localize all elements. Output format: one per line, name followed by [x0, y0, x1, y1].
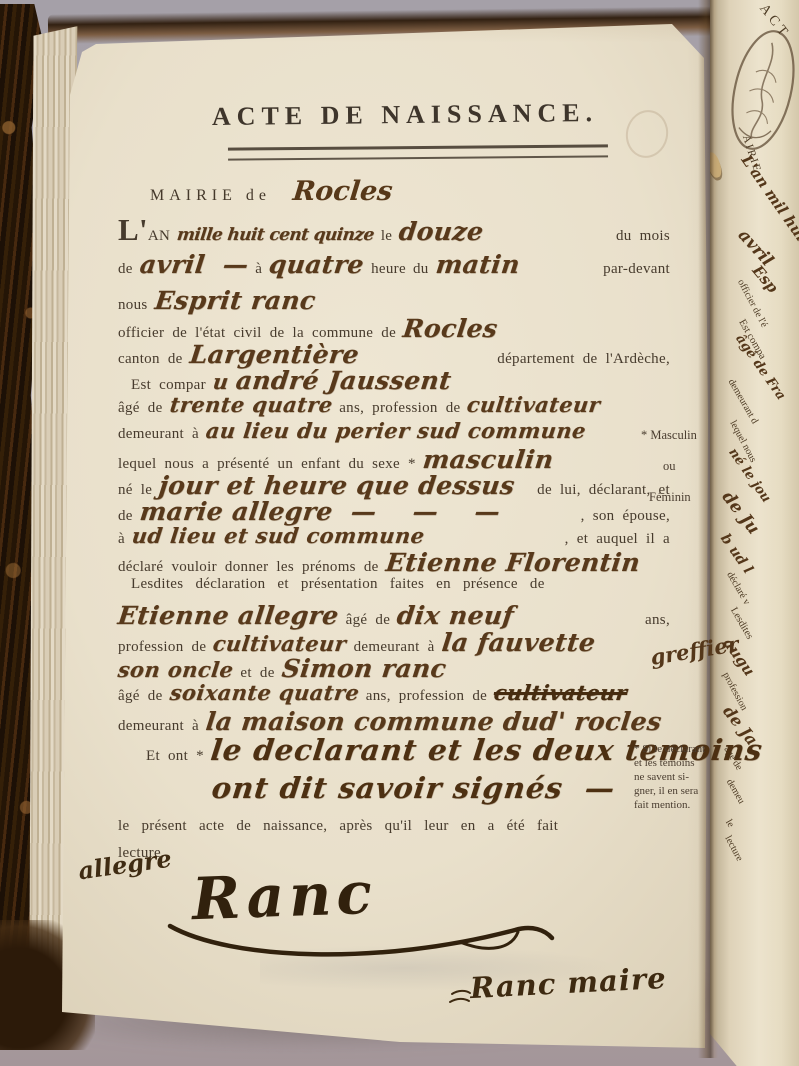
margin-note-sex: * MasculinouFéminin — [641, 428, 733, 521]
handwritten-text: Etienne allegre — [116, 601, 340, 630]
page-text-layer: ACTE DE NAISSANCE. MAIRIE deRocles L'ANm… — [0, 0, 799, 1066]
printed-text: à — [255, 261, 262, 278]
act-line: àud lieu et sud commune, et auquel il a — [118, 523, 670, 548]
act-line: demeurant àla maison commune dud' rocles — [118, 707, 670, 736]
printed-text: du — [413, 261, 429, 278]
printed-text: Et ont * — [146, 748, 204, 765]
act-line: demarie allegre — — —, son épouse, — [118, 497, 670, 526]
handwritten-text: la fauvette — [440, 628, 597, 657]
handwritten-text: mille huit cent quinze — [176, 225, 375, 245]
printed-text: âgé de — [118, 688, 163, 705]
handwritten-text: Simon ranc — [280, 654, 448, 683]
act-line: âgé detrente quatreans, profession decul… — [118, 392, 670, 417]
printed-text: déclaré vouloir donner les prénoms de — [118, 559, 379, 576]
handwritten-text: matin — [434, 250, 521, 279]
act-line: Est comparuandré Jaussent — [131, 366, 683, 395]
printed-text: par-devant — [603, 261, 670, 278]
act-line: déclaré vouloir donner les prénoms deEti… — [118, 548, 670, 577]
handwritten-text: ont dit savoir signés — — [210, 771, 617, 805]
handwritten-text: andré Jaussent — [234, 366, 453, 395]
printed-text: le présent acte de naissance, après qu'i… — [118, 818, 558, 835]
margin-note-line: fait mention. — [634, 798, 722, 812]
act-line: canton deLargentièredépartement de l'Ard… — [118, 340, 670, 369]
handwritten-text: Etienne Florentin — [384, 548, 642, 577]
act-line: lequel nous a présenté un enfant du sexe… — [118, 445, 670, 474]
margin-note-line: gner, il en sera — [634, 784, 722, 798]
printed-text: Lesdites déclaration et présentation fai… — [131, 576, 545, 593]
margin-note-line: et les témoins — [634, 756, 722, 770]
act-line: nousEsprit ranc — [118, 286, 670, 315]
margin-note-line: Féminin — [641, 490, 733, 505]
handwritten-text: la maison commune dud' rocles — [204, 707, 663, 736]
printed-text: nous — [118, 297, 148, 314]
act-line: né lejour et heure que dessusde lui, déc… — [118, 471, 670, 500]
photo-of-register-page: ACTAIRIEL'an mil huitavrilEspofficier de… — [0, 0, 799, 1066]
handwritten-text: marie allegre — — — — [138, 497, 502, 526]
mairie-label: MAIRIE de — [150, 187, 271, 204]
handwritten-text: cultivateur — [493, 680, 629, 705]
handwritten-text: cultivateur — [212, 631, 348, 656]
handwritten-text: Esprit ranc — [153, 286, 317, 315]
act-line: profession decultivateurdemeurant àla fa… — [118, 628, 670, 657]
printed-text: le — [381, 228, 392, 245]
printed-text: , et auquel il a — [565, 531, 670, 548]
handwritten-text: avril — — [138, 250, 250, 279]
margin-note-line: ou — [641, 459, 733, 474]
handwritten-text: jour et heure que dessus — [157, 471, 516, 500]
handwritten-text: Rocles — [401, 314, 499, 343]
act-line: L'ANmille huit cent quinzeledouzedu mois — [118, 212, 670, 248]
printed-text: demeurant à — [118, 426, 199, 443]
mairie-handwritten-value: Rocles — [291, 176, 394, 207]
act-line: Etienne allegreâgé dedix neufans, — [118, 601, 670, 630]
act-line: Lesdites déclaration et présentation fai… — [131, 576, 683, 593]
printed-text: âgé de — [118, 400, 163, 417]
mairie-line: MAIRIE deRocles — [150, 176, 393, 207]
handwritten-text: Largentière — [188, 340, 361, 369]
margin-note-line: * Si le déclarant — [634, 742, 722, 756]
title-double-rule — [228, 144, 608, 160]
handwritten-text: ud lieu et sud commune — [130, 523, 426, 548]
printed-text: ans, profession de — [339, 400, 460, 417]
handwritten-text: cultivateur — [466, 392, 602, 417]
margin-note-line: ne savent si- — [634, 770, 722, 784]
handwritten-text: soixante quatre — [168, 680, 360, 705]
act-line: deavril —àquatreheuredumatinpar-devant — [118, 250, 670, 279]
printed-text: âgé de — [346, 612, 391, 629]
handwritten-text: au lieu du perier sud commune — [204, 418, 587, 443]
handwritten-text: douze — [398, 217, 486, 246]
act-line: le présent acte de naissance, après qu'i… — [118, 818, 670, 835]
handwritten-text: masculin — [421, 445, 555, 474]
act-line: Et ont *le declarant et les deux temoins — [146, 733, 698, 767]
handwritten-text: dix neuf — [395, 601, 515, 630]
printed-text: à — [118, 531, 125, 548]
act-line: lecture. — [118, 845, 670, 862]
handwritten-text: son oncle — [116, 657, 234, 682]
act-line: demeurant àau lieu du perier sud commune — [118, 418, 670, 443]
printed-text: heure — [371, 261, 406, 278]
printed-text: L'AN — [118, 212, 170, 248]
act-line: officier de l'état civil de la commune d… — [118, 314, 670, 343]
act-line: son oncleet deSimon ranc — [118, 654, 670, 683]
margin-note-line: * Masculin — [641, 428, 733, 443]
faint-stamp-mark — [621, 106, 672, 162]
printed-text: ans, profession de — [366, 688, 487, 705]
signature-flourish — [160, 908, 560, 968]
margin-note-signature: * Si le déclarantet les témoinsne savent… — [634, 742, 722, 812]
printed-text: ans, — [645, 612, 670, 629]
act-line: âgé desoixante quatreans, profession dec… — [118, 680, 670, 705]
printed-text: de — [118, 261, 133, 278]
signature-allegre: allegre — [76, 844, 173, 886]
handwritten-text: trente quatre — [168, 392, 334, 417]
handwritten-text: quatre — [267, 250, 365, 279]
handwritten-text: u — [211, 369, 230, 394]
page-title: ACTE DE NAISSANCE. — [205, 98, 605, 132]
printed-text: du mois — [616, 228, 670, 245]
